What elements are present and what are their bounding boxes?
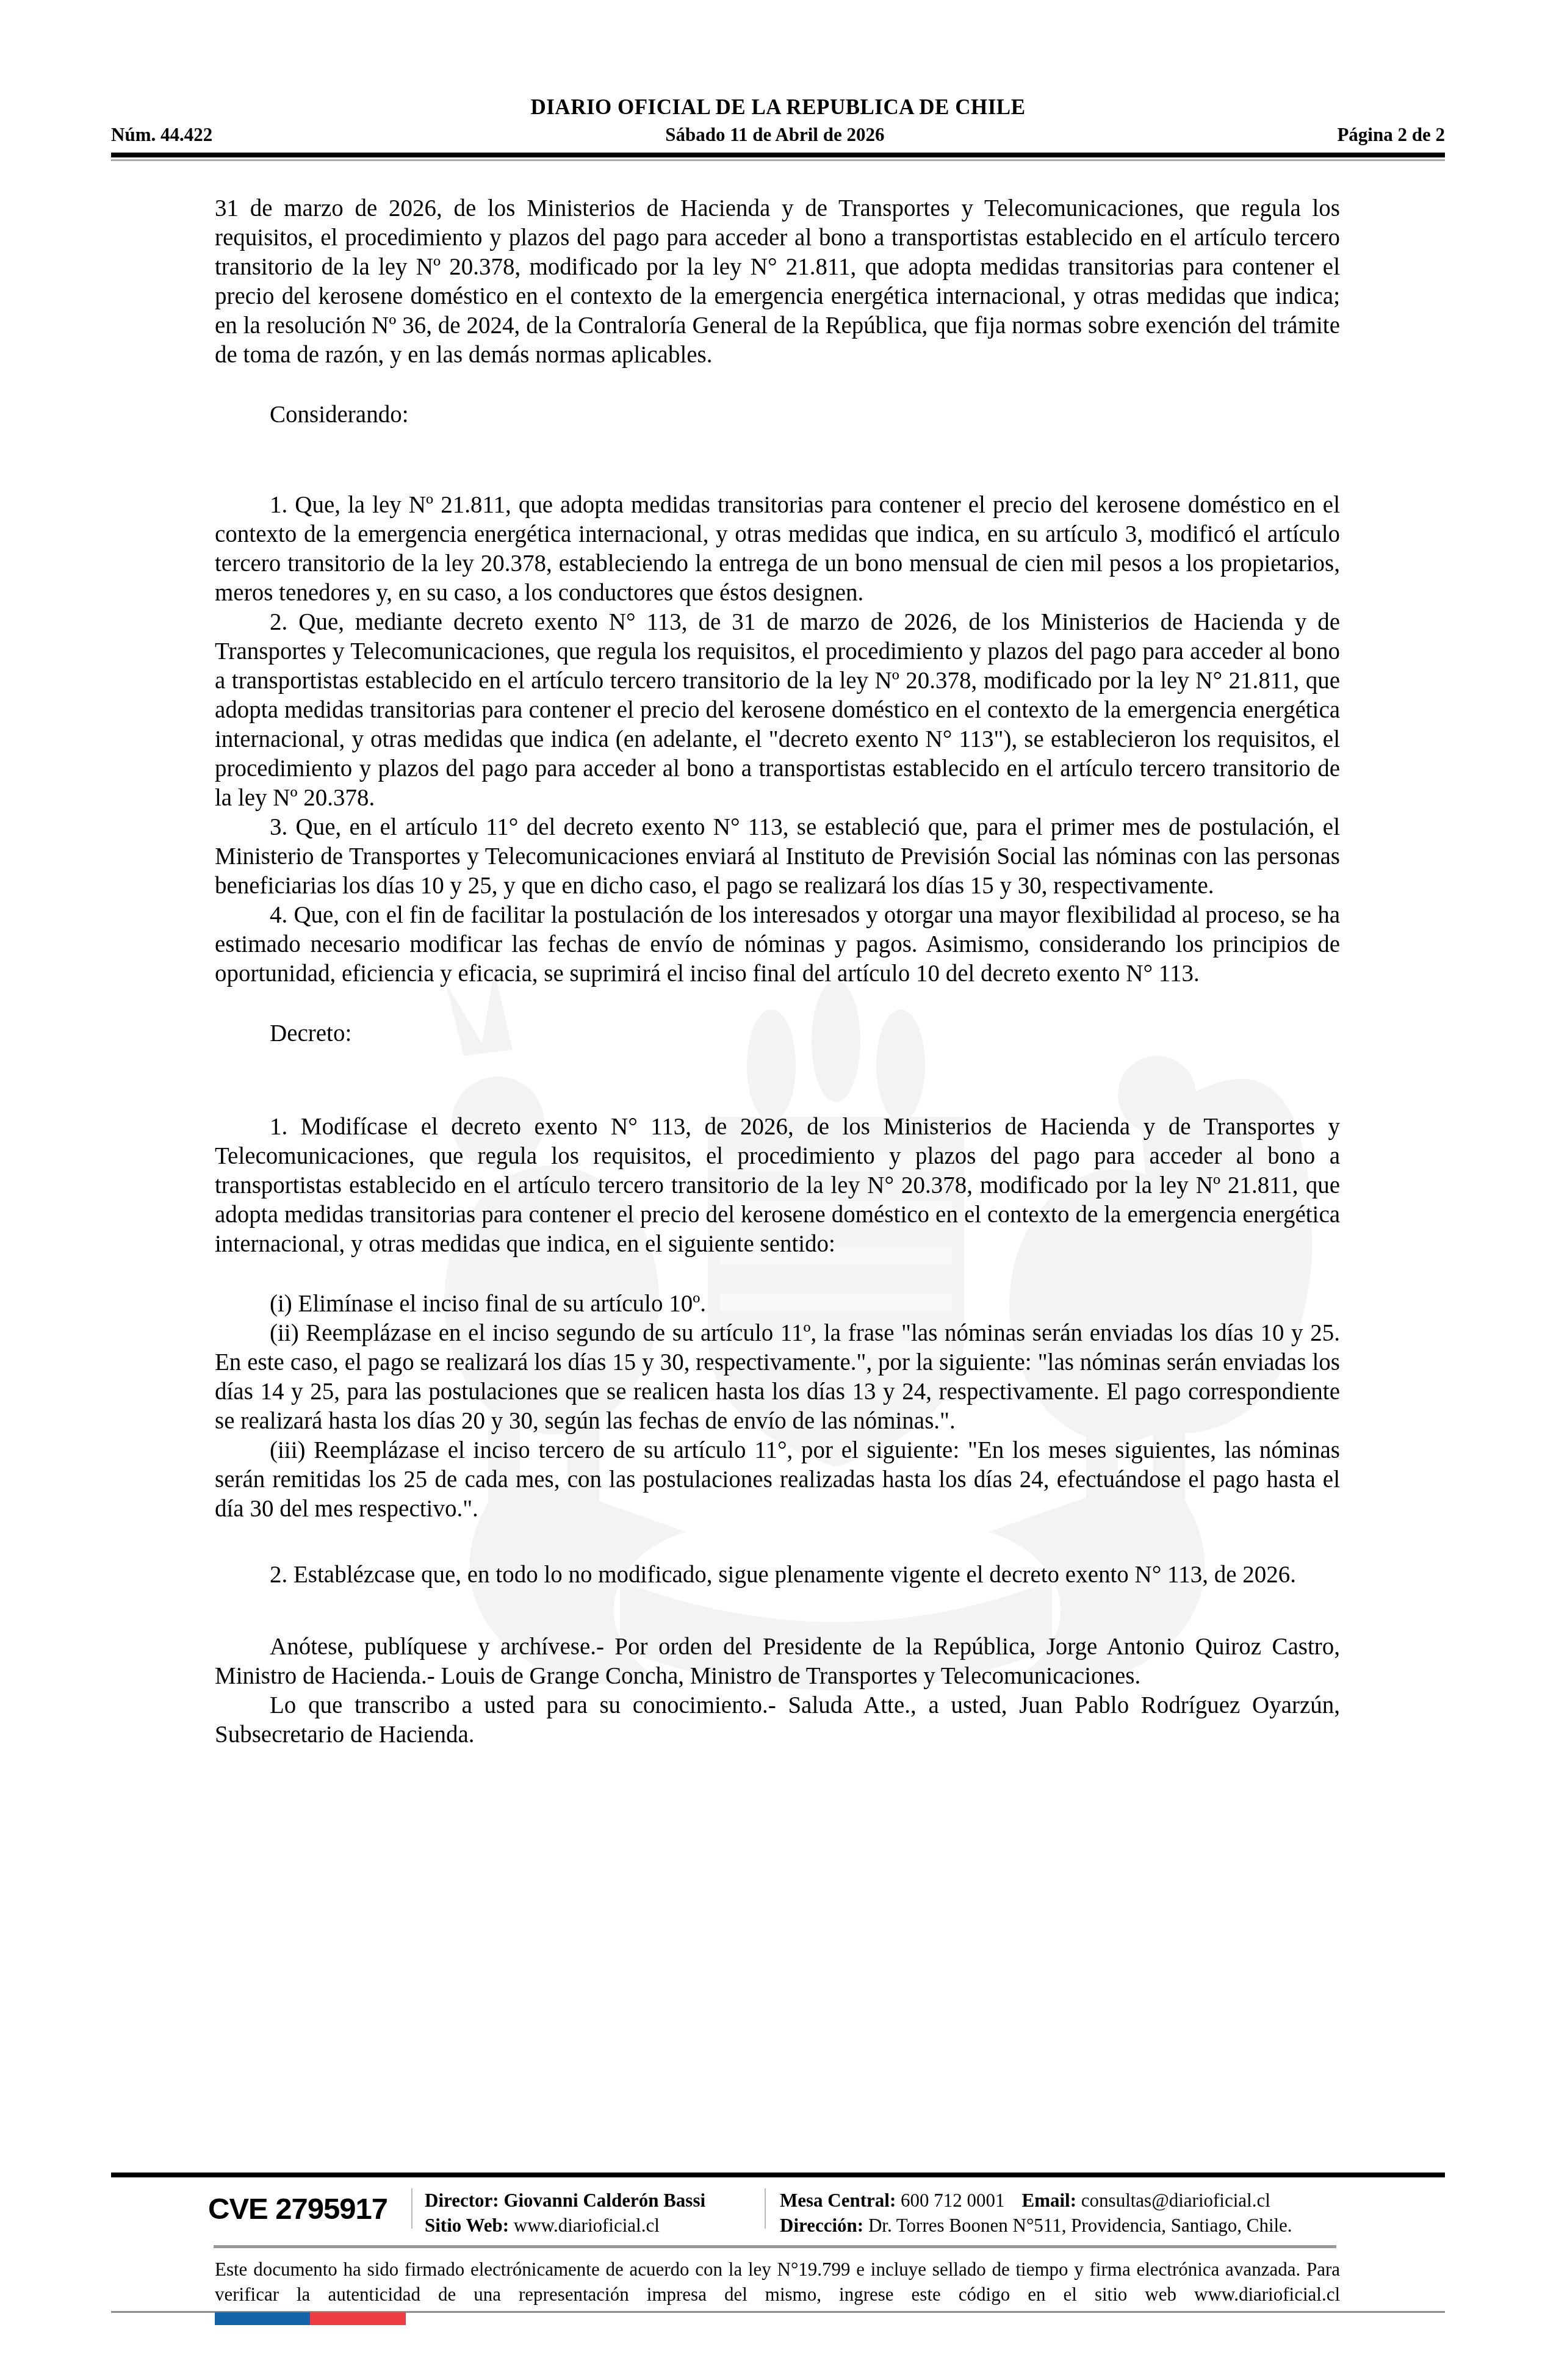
consideration-2: 2. Que, mediante decreto exento N° 113, … <box>215 608 1340 813</box>
footer-rule <box>111 2173 1445 2177</box>
closing-signatures: Anótese, publíquese y archívese.- Por or… <box>215 1632 1340 1691</box>
closing-transcription: Lo que transcribo a usted para su conoci… <box>215 1691 1340 1750</box>
footer-contact-block: Mesa Central: 600 712 0001Email: consult… <box>780 2188 1292 2238</box>
flag-red-bar <box>310 2312 406 2325</box>
director-label: Director: <box>425 2190 499 2211</box>
direccion-value: Dr. Torres Boonen N°511, Providencia, Sa… <box>868 2215 1292 2236</box>
masthead-info-row: Núm. 44.422 Sábado 11 de Abril de 2026 P… <box>111 124 1445 146</box>
mesa-central-value: 600 712 0001 <box>901 2190 1005 2211</box>
gov-flag-mark <box>215 2312 406 2325</box>
sitio-web-label: Sitio Web: <box>425 2215 509 2236</box>
issue-number: Núm. 44.422 <box>111 124 212 146</box>
considerando-heading: Considerando: <box>215 400 1340 430</box>
header-rule-shadow <box>111 159 1445 161</box>
direccion-label: Dirección: <box>780 2215 863 2236</box>
sitio-web-line: Sitio Web: www.diarioficial.cl <box>425 2213 705 2238</box>
email-label: Email: <box>1022 2190 1077 2211</box>
mesa-central-label: Mesa Central: <box>780 2190 896 2211</box>
footer-divider-1 <box>411 2188 412 2229</box>
decree-item-ii: (ii) Reemplázase en el inciso segundo de… <box>215 1319 1340 1436</box>
footer-director-block: Director: Giovanni Calderón Bassi Sitio … <box>425 2188 705 2238</box>
consideration-4: 4. Que, con el fin de facilitar la postu… <box>215 901 1340 989</box>
cve-code: CVE 2795917 <box>208 2192 387 2226</box>
header-rule <box>111 153 1445 157</box>
director-name: Giovanni Calderón Bassi <box>503 2190 705 2211</box>
director-line: Director: Giovanni Calderón Bassi <box>425 2188 705 2213</box>
page-indicator: Página 2 de 2 <box>1337 124 1445 146</box>
email-value: consultas@diarioficial.cl <box>1081 2190 1270 2211</box>
footer-divider-2 <box>765 2188 766 2229</box>
masthead-title: DIARIO OFICIAL DE LA REPUBLICA DE CHILE <box>0 95 1556 120</box>
decree-item-2: 2. Establézcase que, en todo lo no modif… <box>215 1560 1340 1590</box>
decreto-heading: Decreto: <box>215 1019 1340 1048</box>
legal-notice: Este documento ha sido firmado electróni… <box>215 2257 1340 2307</box>
footer-mid-rule <box>214 2245 1336 2248</box>
decree-item-iii: (iii) Reemplázase el inciso tercero de s… <box>215 1436 1340 1524</box>
edition-date: Sábado 11 de Abril de 2026 <box>665 124 884 146</box>
consideration-1: 1. Que, la ley Nº 21.811, que adopta med… <box>215 491 1340 608</box>
gazette-page: DIARIO OFICIAL DE LA REPUBLICA DE CHILE … <box>0 0 1556 2380</box>
intro-paragraph: 31 de marzo de 2026, de los Ministerios … <box>215 194 1340 370</box>
decree-item-1: 1. Modifícase el decreto exento N° 113, … <box>215 1112 1340 1259</box>
decree-item-i: (i) Elimínase el inciso final de su artí… <box>215 1289 1340 1319</box>
flag-blue-bar <box>215 2312 310 2325</box>
document-body: 31 de marzo de 2026, de los Ministerios … <box>215 194 1340 1750</box>
sitio-web-value: www.diarioficial.cl <box>514 2215 660 2236</box>
consideration-3: 3. Que, en el artículo 11° del decreto e… <box>215 813 1340 901</box>
contact-line-2: Dirección: Dr. Torres Boonen N°511, Prov… <box>780 2213 1292 2238</box>
contact-line-1: Mesa Central: 600 712 0001Email: consult… <box>780 2188 1292 2213</box>
